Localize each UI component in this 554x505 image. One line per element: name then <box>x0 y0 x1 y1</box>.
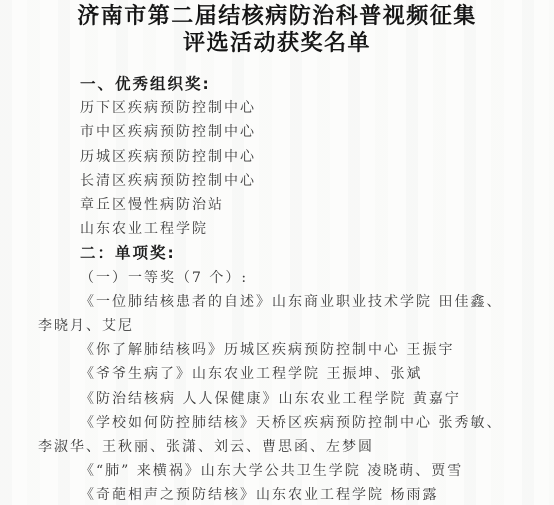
org-list-item: 历下区疾病预防控制中心 <box>38 96 530 120</box>
award-entry-line: 《一位肺结核患者的自述》山东商业职业技术学院 田佳鑫、 <box>38 290 530 314</box>
org-list-item: 山东农业工程学院 <box>38 217 530 241</box>
section-2-subheading: （一）一等奖（7 个）: <box>38 266 530 290</box>
org-list-item: 市中区疾病预防控制中心 <box>38 120 530 144</box>
document-page: 济南市第二届结核病防治科普视频征集 评选活动获奖名单 一、优秀组织奖: 历下区疾… <box>0 0 554 505</box>
award-entry-line: 《学校如何防控肺结核》天桥区疾病预防控制中心 张秀敏、 <box>38 411 530 435</box>
org-list-item: 长清区疾病预防控制中心 <box>38 169 530 193</box>
award-entry-line: 《爷爷生病了》山东农业工程学院 王振坤、张斌 <box>38 362 530 386</box>
org-list-item: 历城区疾病预防控制中心 <box>38 145 530 169</box>
section-2-heading: 二：单项奖: <box>38 241 530 265</box>
title-line-1: 济南市第二届结核病防治科普视频征集 <box>0 3 554 30</box>
award-entry-line: 《防治结核病 人人保健康》山东农业工程学院 黄嘉宁 <box>38 387 530 411</box>
org-list-item: 章丘区慢性病防治站 <box>38 193 530 217</box>
award-entry-continuation: 李淑华、王秋丽、张潇、刘云、曹思函、左梦圆 <box>38 435 530 459</box>
document-body: 一、优秀组织奖: 历下区疾病预防控制中心 市中区疾病预防控制中心 历城区疾病预防… <box>0 57 554 505</box>
award-entry-line: 《你了解肺结核吗》历城区疾病预防控制中心 王振宇 <box>38 338 530 362</box>
document-title: 济南市第二届结核病防治科普视频征集 评选活动获奖名单 <box>0 0 554 57</box>
title-line-2: 评选活动获奖名单 <box>0 30 554 57</box>
section-1-heading: 一、优秀组织奖: <box>38 72 530 96</box>
award-entry-line: 《奇葩相声之预防结核》山东农业工程学院 杨雨露 <box>38 483 530 505</box>
award-entry-continuation: 李晓月、艾尼 <box>38 314 530 338</box>
award-entry-line: 《“肺” 来横祸》山东大学公共卫生学院 凌晓萌、贾雪 <box>38 459 530 483</box>
